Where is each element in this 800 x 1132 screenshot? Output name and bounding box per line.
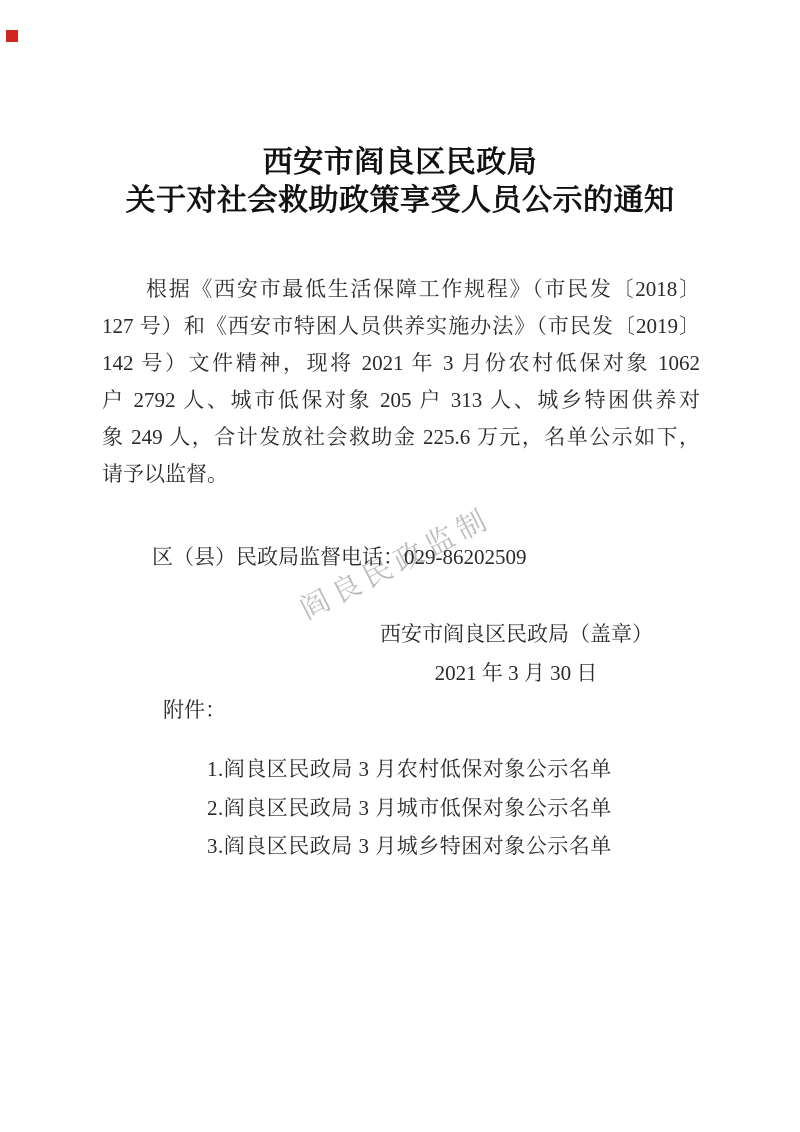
body-line-5: 象 249 人，合计发放社会救助金 225.6 万元，名单公示如下，	[102, 419, 700, 456]
supervision-phone-number: 029-86202509	[404, 545, 527, 569]
attachment-item-2: 2.阎良区民政局 3 月城市低保对象公示名单	[207, 792, 612, 822]
body-paragraph: 根据《西安市最低生活保障工作规程》（市民发〔2018〕 127 号）和《西安市特…	[102, 271, 700, 493]
body-line-3: 142 号）文件精神，现将 2021 年 3 月份农村低保对象 1062	[102, 345, 700, 382]
red-corner-marker	[6, 30, 18, 42]
body-line-2: 127 号）和《西安市特困人员供养实施办法》（市民发〔2019〕	[102, 308, 700, 345]
signature-date: 2021 年 3 月 30 日	[380, 657, 652, 687]
document-title: 西安市阎良区民政局 关于对社会救助政策享受人员公示的通知	[0, 144, 800, 220]
attachments-heading: 附件：	[163, 694, 226, 724]
document-title-line1: 西安市阎良区民政局	[0, 144, 800, 182]
supervision-phone-label: 区（县）民政局监督电话：	[152, 545, 404, 569]
body-line-6: 请予以监督。	[102, 456, 700, 493]
document-title-line2: 关于对社会救助政策享受人员公示的通知	[0, 182, 800, 220]
signature-organization: 西安市阎良区民政局（盖章）	[380, 618, 653, 648]
attachment-item-3: 3.阎良区民政局 3 月城乡特困对象公示名单	[207, 830, 612, 860]
body-line-1: 根据《西安市最低生活保障工作规程》（市民发〔2018〕	[102, 271, 700, 308]
document-page: 阎良民政监制 西安市阎良区民政局 关于对社会救助政策享受人员公示的通知 根据《西…	[0, 0, 800, 1132]
attachment-item-1: 1.阎良区民政局 3 月农村低保对象公示名单	[207, 753, 612, 783]
body-line-4: 户 2792 人、城市低保对象 205 户 313 人、城乡特困供养对	[102, 382, 700, 419]
supervision-phone-line: 区（县）民政局监督电话：029-86202509	[152, 541, 527, 571]
